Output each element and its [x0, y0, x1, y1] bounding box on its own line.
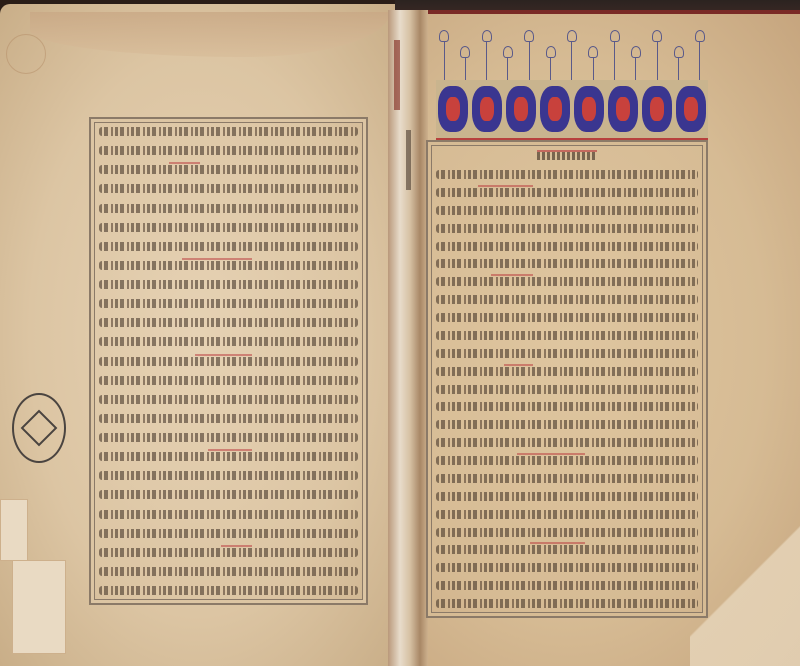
manuscript-text-line — [436, 295, 698, 304]
manuscript-text-line — [99, 586, 358, 595]
finial-ornament-icon — [653, 30, 661, 80]
floral-cartouche-icon — [574, 86, 604, 132]
finial-ornament-icon — [696, 30, 704, 80]
manuscript-text-line — [436, 277, 698, 286]
manuscript-text-line — [99, 414, 358, 423]
finial-ornament-icon — [440, 30, 448, 80]
manuscript-text-line — [436, 545, 698, 554]
paper-repair-patch — [12, 560, 66, 654]
manuscript-text-line — [99, 567, 358, 576]
manuscript-text-line — [99, 204, 358, 213]
illuminated-headpiece — [436, 30, 708, 138]
page-corner-crease — [690, 520, 800, 666]
stain-ring — [6, 34, 46, 74]
manuscript-text-line — [436, 420, 698, 429]
owner-seal-icon — [12, 393, 66, 463]
manuscript-text-line — [436, 510, 698, 519]
finial-ornament-icon — [461, 46, 469, 80]
manuscript-text-line — [436, 474, 698, 483]
manuscript-text-line — [99, 395, 358, 404]
finial-ornament-icon — [547, 46, 555, 80]
finial-ornament-icon — [675, 46, 683, 80]
manuscript-text-line — [99, 510, 358, 519]
left-text-frame — [89, 117, 368, 605]
floral-cartouche-icon — [608, 86, 638, 132]
book-top-edge — [395, 0, 800, 14]
floral-cartouche-icon — [506, 86, 536, 132]
finial-ornament-icon — [568, 30, 576, 80]
manuscript-text-line — [436, 188, 698, 197]
manuscript-text-line — [99, 165, 358, 174]
manuscript-text-line — [436, 563, 698, 572]
right-text-frame — [426, 140, 708, 618]
manuscript-text-line — [99, 127, 358, 136]
manuscript-text-line — [99, 337, 358, 346]
manuscript-text-line — [99, 357, 358, 366]
manuscript-text-line — [99, 471, 358, 480]
floral-cartouche-icon — [676, 86, 706, 132]
manuscript-text-line — [99, 242, 358, 251]
manuscript-text-line — [436, 331, 698, 340]
finial-ornament-icon — [483, 30, 491, 80]
floral-cartouche-icon — [472, 86, 502, 132]
manuscript-text-line — [436, 259, 698, 268]
manuscript-text-line — [99, 184, 358, 193]
manuscript-text-line — [99, 452, 358, 461]
finial-ornament-icon — [504, 46, 512, 80]
finial-ornament-icon — [632, 46, 640, 80]
manuscript-text-line — [436, 599, 698, 608]
manuscript-text-line — [436, 206, 698, 215]
manuscript-text-line — [99, 223, 358, 232]
manuscript-text-line — [99, 280, 358, 289]
floral-cartouche-icon — [642, 86, 672, 132]
manuscript-text-line — [99, 433, 358, 442]
manuscript-text-line — [436, 402, 698, 411]
floral-cartouche-icon — [540, 86, 570, 132]
finial-ornament-icon — [525, 30, 533, 80]
basmala-heading — [428, 150, 706, 162]
manuscript-text-line — [99, 529, 358, 538]
manuscript-text-line — [436, 528, 698, 537]
manuscript-text-line — [436, 385, 698, 394]
book-gutter — [388, 10, 428, 666]
manuscript-text-line — [99, 490, 358, 499]
manuscript-text-line — [99, 299, 358, 308]
manuscript-text-line — [436, 313, 698, 322]
manuscript-text-line — [436, 224, 698, 233]
manuscript-text-line — [436, 349, 698, 358]
water-stain — [30, 12, 390, 57]
manuscript-text-line — [99, 376, 358, 385]
manuscript-text-line — [99, 318, 358, 327]
finial-ornament-icon — [589, 46, 597, 80]
manuscript-text-line — [99, 146, 358, 155]
manuscript-text-line — [436, 170, 698, 179]
finial-ornament-icon — [611, 30, 619, 80]
paper-repair-patch — [0, 499, 28, 561]
manuscript-text-line — [436, 367, 698, 376]
manuscript-text-line — [436, 492, 698, 501]
manuscript-spread — [0, 0, 800, 666]
manuscript-text-line — [99, 548, 358, 557]
manuscript-text-line — [436, 581, 698, 590]
floral-cartouche-icon — [438, 86, 468, 132]
manuscript-text-line — [436, 242, 698, 251]
manuscript-text-line — [436, 456, 698, 465]
manuscript-text-line — [436, 438, 698, 447]
manuscript-text-line — [99, 261, 358, 270]
